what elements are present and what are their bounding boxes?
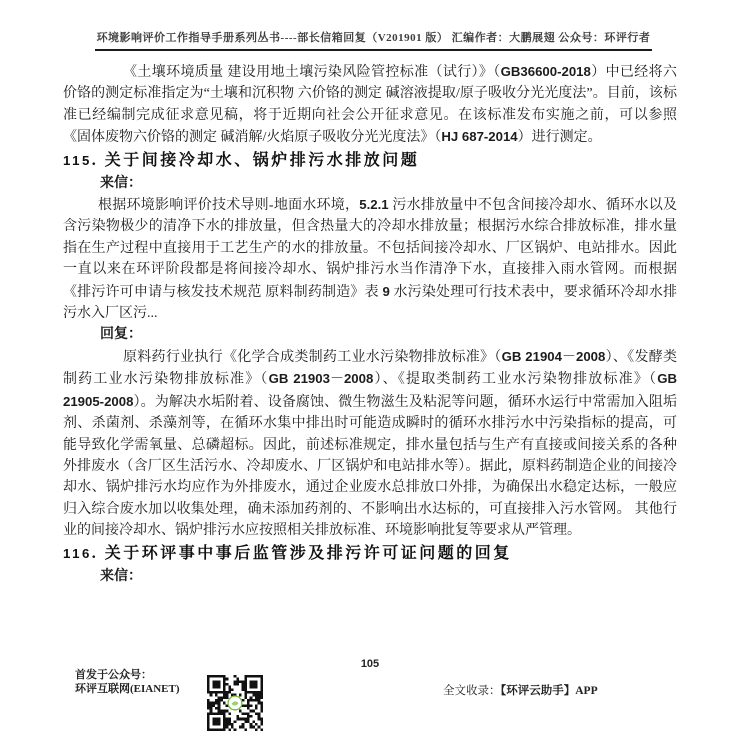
question-heading-115: 115. 关于间接冷却水、锅炉排污水排放问题: [63, 149, 677, 173]
footer-collection: 全文收录：【环评云助手】APP: [443, 682, 598, 698]
document-page: 环境影响评价工作指导手册系列丛书----部长信箱回复（V201901 版） 汇编…: [0, 0, 740, 740]
footer-collection-app: 【环评云助手】APP: [501, 685, 598, 697]
document-body: 《土壤环境质量 建设用地土壤污染风险管控标准（试行）》（GB36600-2018…: [63, 61, 677, 587]
footer-collection-prefix: 全文收录：: [443, 685, 501, 697]
letter-text-115: 根据环境影响评价技术导则-地面水环境，5.2.1 污水排放量中不包含间接冷却水、…: [63, 194, 677, 324]
qr-code-svg: [207, 675, 263, 731]
header-title: 环境影响评价工作指导手册系列丛书----部长信箱回复（V201901 版） 汇编…: [97, 32, 651, 44]
reply-label-115: 回复：: [63, 324, 677, 345]
question-heading-116: 116. 关于环评事中事后监管涉及排污许可证问题的回复: [63, 542, 677, 566]
page-header: 环境影响评价工作指导手册系列丛书----部长信箱回复（V201901 版） 汇编…: [95, 29, 652, 51]
intro-paragraph: 《土壤环境质量 建设用地土壤污染风险管控标准（试行）》（GB36600-2018…: [63, 61, 677, 149]
footer-publisher-line1: 首发于公众号：: [75, 669, 180, 683]
letter-label-115: 来信：: [63, 173, 677, 194]
reply-text-115: 原料药行业执行《化学合成类制药工业水污染物排放标准》（GB 21904－2008…: [63, 346, 677, 542]
footer-publisher: 首发于公众号： 环评互联网(EIANET): [75, 669, 180, 696]
letter-label-116: 来信：: [63, 566, 677, 587]
qr-code-icon: [207, 675, 263, 731]
footer-publisher-line2: 环评互联网(EIANET): [75, 683, 180, 697]
